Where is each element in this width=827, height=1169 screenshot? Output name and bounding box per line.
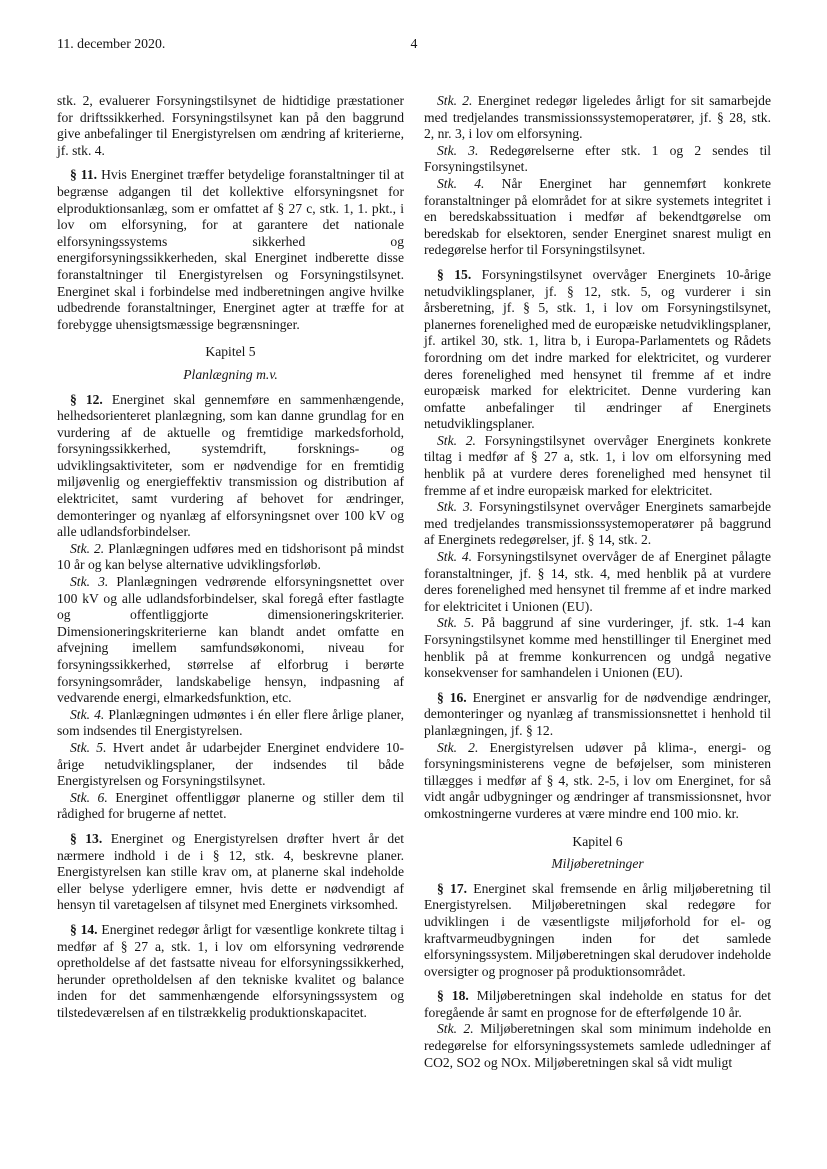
stk-label: Stk. 2. <box>437 1021 474 1036</box>
section-15-paragraph: § 15. Forsyningstilsynet overvåger Energ… <box>424 267 771 433</box>
stk-text: Energinet offentliggør planerne og still… <box>57 790 404 822</box>
chapter-5-title: Planlægning m.v. <box>57 367 404 384</box>
stk-text: Hvert andet år udarbejder Energinet endv… <box>57 740 404 788</box>
page-number: 4 <box>57 36 771 52</box>
section-12-stk-2-paragraph: Stk. 2. Planlægningen udføres med en tid… <box>57 541 404 574</box>
section-15-stk-2-paragraph: Stk. 2. Forsyningstilsynet overvåger Ene… <box>424 433 771 499</box>
stk-label: Stk. 6. <box>70 790 108 805</box>
stk-text: Planlægningen udføres med en tidshorison… <box>57 541 404 573</box>
stk-label: Stk. 3. <box>437 499 473 514</box>
stk-label: Stk. 2. <box>437 93 472 108</box>
section-14-text: Energinet redegør årligt for væsentlige … <box>57 922 404 1020</box>
section-12-stk-3-paragraph: Stk. 3. Planlægningen vedrørende elforsy… <box>57 574 404 707</box>
chapter-6-heading: Kapitel 6 <box>424 834 771 851</box>
right-column: Stk. 2. Energinet redegør ligeledes årli… <box>424 93 771 1071</box>
section-17-text: Energinet skal fremsende en årlig miljøb… <box>424 881 771 979</box>
stk-label: Stk. 5. <box>437 615 474 630</box>
stk-label: Stk. 4. <box>437 549 472 564</box>
stk-text: Forsyningstilsynet overvåger Energinets … <box>424 433 771 498</box>
section-12-stk-5-paragraph: Stk. 5. Hvert andet år udarbejder Energi… <box>57 740 404 790</box>
stk-label: Stk. 3. <box>437 143 478 158</box>
section-18-paragraph: § 18. Miljøberetningen skal indeholde en… <box>424 988 771 1021</box>
stk-text: Forsyningstilsynet overvåger de af Energ… <box>424 549 771 614</box>
section-16-text: Energinet er ansvarlig for de nødvendige… <box>424 690 771 738</box>
continuation-paragraph: stk. 2, evaluerer Forsyningstilsynet de … <box>57 93 404 159</box>
section-13-label: § 13. <box>70 831 102 846</box>
section-15-stk-3-paragraph: Stk. 3. Forsyningstilsynet overvåger Ene… <box>424 499 771 549</box>
stk-label: Stk. 2. <box>70 541 104 556</box>
section-16-paragraph: § 16. Energinet er ansvarlig for de nødv… <box>424 690 771 740</box>
section-12-label: § 12. <box>70 392 103 407</box>
stk-text: Planlægningen vedrørende elforsyningsnet… <box>57 574 404 705</box>
section-13-text: Energinet og Energistyrelsen drøfter hve… <box>57 831 404 912</box>
section-12-text: Energinet skal gennemføre en sammenhænge… <box>57 392 404 540</box>
section-18-stk-2-paragraph: Stk. 2. Miljøberetningen skal som minimu… <box>424 1021 771 1071</box>
stk-label: Stk. 4. <box>70 707 104 722</box>
section-15-label: § 15. <box>437 267 471 282</box>
section-13-paragraph: § 13. Energinet og Energistyrelsen drøft… <box>57 831 404 914</box>
section-11-label: § 11. <box>70 167 97 182</box>
stk-text: På baggrund af sine vurderinger, jf. stk… <box>424 615 771 680</box>
stk-text: Energinet redegør ligeledes årligt for s… <box>424 93 771 141</box>
stk-label: Stk. 5. <box>70 740 107 755</box>
section-14-paragraph: § 14. Energinet redegør årligt for væsen… <box>57 922 404 1022</box>
section-15-stk-4-paragraph: Stk. 4. Forsyningstilsynet overvåger de … <box>424 549 771 615</box>
section-15-text: Forsyningstilsynet overvåger Energinets … <box>424 267 771 431</box>
stk-text: Forsyningstilsynet overvåger Energinets … <box>424 499 771 547</box>
section-16-label: § 16. <box>437 690 467 705</box>
section-12-paragraph: § 12. Energinet skal gennemføre en samme… <box>57 392 404 541</box>
chapter-5-heading: Kapitel 5 <box>57 344 404 361</box>
section-14-stk-3-paragraph: Stk. 3. Redegørelserne efter stk. 1 og 2… <box>424 143 771 176</box>
section-11-text: Hvis Energinet træffer betydelige forans… <box>57 167 404 331</box>
left-column: stk. 2, evaluerer Forsyningstilsynet de … <box>57 93 404 1071</box>
section-17-label: § 17. <box>437 881 467 896</box>
page-header: 4 11. december 2020. <box>57 36 771 52</box>
stk-label: Stk. 2. <box>437 433 476 448</box>
section-17-paragraph: § 17. Energinet skal fremsende en årlig … <box>424 881 771 981</box>
section-18-text: Miljøberetningen skal indeholde en statu… <box>424 988 771 1020</box>
stk-label: Stk. 2. <box>437 740 478 755</box>
section-14-stk-4-paragraph: Stk. 4. Når Energinet har gennemført kon… <box>424 176 771 259</box>
section-12-stk-4-paragraph: Stk. 4. Planlægningen udmøntes i én elle… <box>57 707 404 740</box>
document-body: stk. 2, evaluerer Forsyningstilsynet de … <box>57 93 771 1071</box>
section-18-label: § 18. <box>437 988 469 1003</box>
stk-text: Planlægningen udmøntes i én eller flere … <box>57 707 404 739</box>
section-14-stk-2-paragraph: Stk. 2. Energinet redegør ligeledes årli… <box>424 93 771 143</box>
document-page: 4 11. december 2020. stk. 2, evaluerer F… <box>0 0 827 1169</box>
continuation-text: stk. 2, evaluerer Forsyningstilsynet de … <box>57 93 404 158</box>
stk-label: Stk. 3. <box>70 574 108 589</box>
section-15-stk-5-paragraph: Stk. 5. På baggrund af sine vurderinger,… <box>424 615 771 681</box>
section-12-stk-6-paragraph: Stk. 6. Energinet offentliggør planerne … <box>57 790 404 823</box>
stk-label: Stk. 4. <box>437 176 484 191</box>
chapter-6-title: Miljøberetninger <box>424 856 771 873</box>
section-16-stk-2-paragraph: Stk. 2. Energistyrelsen udøver på klima-… <box>424 740 771 823</box>
section-11-paragraph: § 11. Hvis Energinet træffer betydelige … <box>57 167 404 333</box>
stk-text: Miljøberetningen skal som minimum indeho… <box>424 1021 771 1069</box>
section-14-label: § 14. <box>70 922 98 937</box>
